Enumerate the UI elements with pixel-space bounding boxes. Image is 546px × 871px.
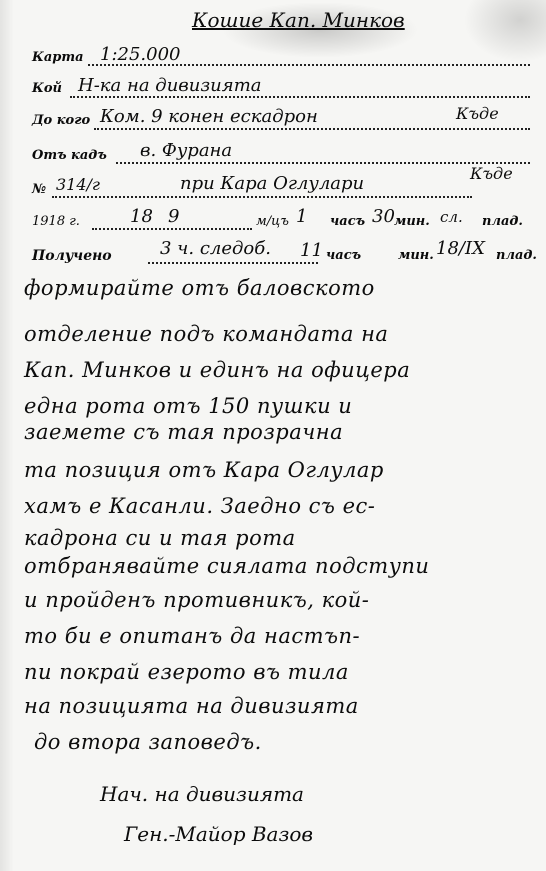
to-whom-field-line <box>94 128 530 130</box>
date-hour: 1 <box>296 206 307 227</box>
body-line: до втора заповедъ. <box>34 730 262 754</box>
year-label: 1918 г. <box>32 214 80 229</box>
received-hour: 11 <box>300 240 323 261</box>
minutes-label: мин. <box>394 214 430 229</box>
received-period-label: плад. <box>496 248 537 263</box>
period-label: плад. <box>482 214 523 229</box>
body-line: та позиция отъ Кара Оглулар <box>24 458 384 482</box>
map-value: 1:25.000 <box>100 44 181 65</box>
body-line: пи покрай езерото въ тила <box>24 660 349 684</box>
received-hour-label: часъ <box>326 248 361 263</box>
who-label: Кой <box>32 81 62 96</box>
who-value: Н-ка на дивизията <box>78 75 262 96</box>
to-whom-value: Ком. 9 конен ескадрон <box>100 106 318 127</box>
body-line: кадрона си и тая рота <box>24 526 296 550</box>
received-minutes-value: 18/IX <box>436 238 485 259</box>
map-label: Карта <box>32 50 84 65</box>
body-line: то би е опитанъ да настъп- <box>24 624 360 648</box>
date-minutes: 30 <box>372 206 395 227</box>
number-note: Къде <box>470 164 513 183</box>
hour-label: часъ <box>330 214 365 229</box>
to-whom-label: До кого <box>32 113 90 128</box>
number-extra: при Кара Оглулари <box>180 173 364 194</box>
number-label: № <box>32 182 46 197</box>
received-value: 3 ч. следоб. <box>160 238 271 259</box>
body-line: заемете съ тая прозрачна <box>24 420 343 444</box>
date-field-line <box>92 228 252 230</box>
body-line: и пройденъ противникъ, кой- <box>24 588 369 612</box>
header-signature: Кошие Кап. Минков <box>192 8 405 32</box>
received-minutes-label: мин. <box>398 248 434 263</box>
date-period-value: сл. <box>440 208 463 226</box>
body-line: хамъ е Касанли. Заедно съ ес- <box>24 494 375 518</box>
received-field-line <box>148 262 318 264</box>
date-day: 18 <box>130 206 153 227</box>
body-line: на позицията на дивизията <box>24 694 359 718</box>
body-line: една рота отъ 150 пушки и <box>24 394 352 418</box>
month-label: м/цъ <box>256 214 289 229</box>
from-where-field-line <box>116 162 530 164</box>
from-where-label: Отъ кадъ <box>32 148 107 163</box>
signature-name: Ген.-Майор Вазов <box>124 822 313 846</box>
to-whom-note: Къде <box>456 104 499 123</box>
body-line: отделение подъ командата на <box>24 322 388 346</box>
signature-title: Нач. на дивизията <box>100 782 304 806</box>
number-value: 314/г <box>56 175 100 194</box>
number-field-line <box>52 196 472 198</box>
date-month: 9 <box>168 206 179 227</box>
body-line: отбранявайте сиялата подступи <box>24 554 429 578</box>
message-form-page: Кошие Кап. Минков Карта 1:25.000 Кой Н-к… <box>0 0 546 871</box>
body-line: Кап. Минков и единъ на офицера <box>24 358 410 382</box>
from-where-value: в. Фурана <box>140 140 232 161</box>
who-field-line <box>70 96 530 98</box>
received-label: Получено <box>32 248 112 264</box>
body-line: формирайте отъ баловското <box>24 276 375 300</box>
